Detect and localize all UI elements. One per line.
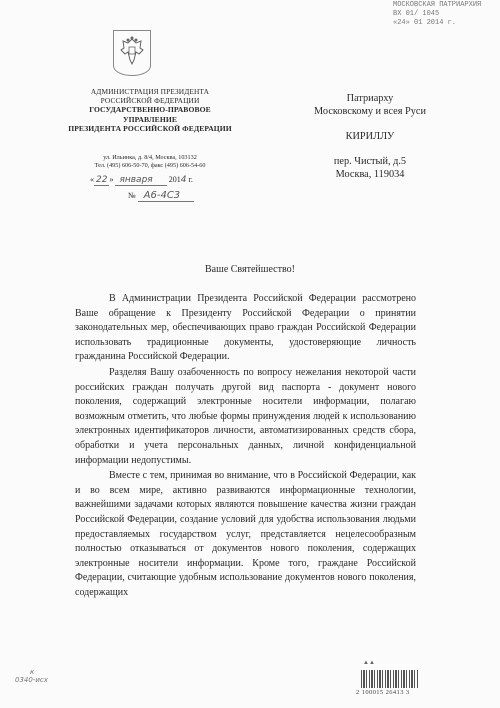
barcode-logo-icon: ▲▲ — [363, 660, 375, 666]
recipient-city: Москва, 119034 — [290, 168, 450, 181]
dept-name-line3: ПРЕЗИДЕНТА РОССИЙСКОЙ ФЕДЕРАЦИИ — [55, 124, 245, 133]
stamp-date: «24» 01 2014 г. — [393, 19, 481, 28]
handwritten-mark: к — [30, 668, 34, 676]
recipient-block: Патриарху Московскому и всея Руси КИРИЛЛ… — [290, 92, 450, 181]
letter-date: «22» января 2014 г. — [90, 175, 260, 185]
stamp-number: ВХ 01/ 1045 — [393, 10, 481, 19]
letterhead: АДМИНИСТРАЦИЯ ПРЕЗИДЕНТА РОССИЙСКОЙ ФЕДЕ… — [55, 87, 245, 133]
barcode-number: 2 100015 26413 3 — [356, 689, 410, 696]
salutation: Ваше Святейшество! — [0, 264, 500, 275]
date-year-digit: 4 — [181, 175, 187, 185]
date-month: января — [115, 175, 166, 186]
paragraph: Разделяя Вашу озабоченность по вопросу н… — [75, 366, 416, 468]
barcode — [361, 670, 418, 688]
handwritten-note: 0340-исх — [15, 676, 48, 684]
recipient-title2: Московскому и всея Руси — [290, 105, 450, 118]
dept-name-line1: ГОСУДАРСТВЕННО-ПРАВОВОЕ — [55, 105, 245, 114]
paragraph: Вместе с тем, принимая во внимание, что … — [75, 469, 416, 600]
recipient-street: пер. Чистый, д.5 — [290, 155, 450, 168]
dept-name-line2: УПРАВЛЕНИЕ — [55, 115, 245, 124]
date-year-prefix: 201 — [169, 175, 181, 184]
paragraph: В Администрации Президента Российской Фе… — [75, 292, 416, 365]
letterhead-address: ул. Ильинка, д. 8/4, Москва, 103132 Тел.… — [55, 154, 245, 170]
letter-number: № А6-4С3 — [128, 190, 194, 201]
number-label: № — [128, 191, 136, 200]
coat-of-arms-icon — [113, 30, 151, 76]
date-year-suffix: г. — [188, 175, 192, 184]
street-address: ул. Ильинка, д. 8/4, Москва, 103132 — [55, 154, 245, 162]
recipient-title: Патриарху — [290, 92, 450, 105]
number-value: А6-4С3 — [138, 190, 195, 202]
phone-fax: Тел. (495) 606-50-70, факс (495) 606-54-… — [55, 162, 245, 170]
stamp-org: МОСКОВСКАЯ ПАТРИАРХИЯ — [393, 1, 481, 10]
letter-body: В Администрации Президента Российской Фе… — [75, 292, 416, 601]
org-name-line1: АДМИНИСТРАЦИЯ ПРЕЗИДЕНТА — [55, 87, 245, 96]
org-name-line2: РОССИЙСКОЙ ФЕДЕРАЦИИ — [55, 96, 245, 105]
date-quote-close: » — [109, 175, 113, 184]
date-day: 22 — [94, 175, 109, 186]
incoming-stamp: МОСКОВСКАЯ ПАТРИАРХИЯ ВХ 01/ 1045 «24» 0… — [393, 1, 481, 28]
recipient-name: КИРИЛЛУ — [290, 130, 450, 143]
